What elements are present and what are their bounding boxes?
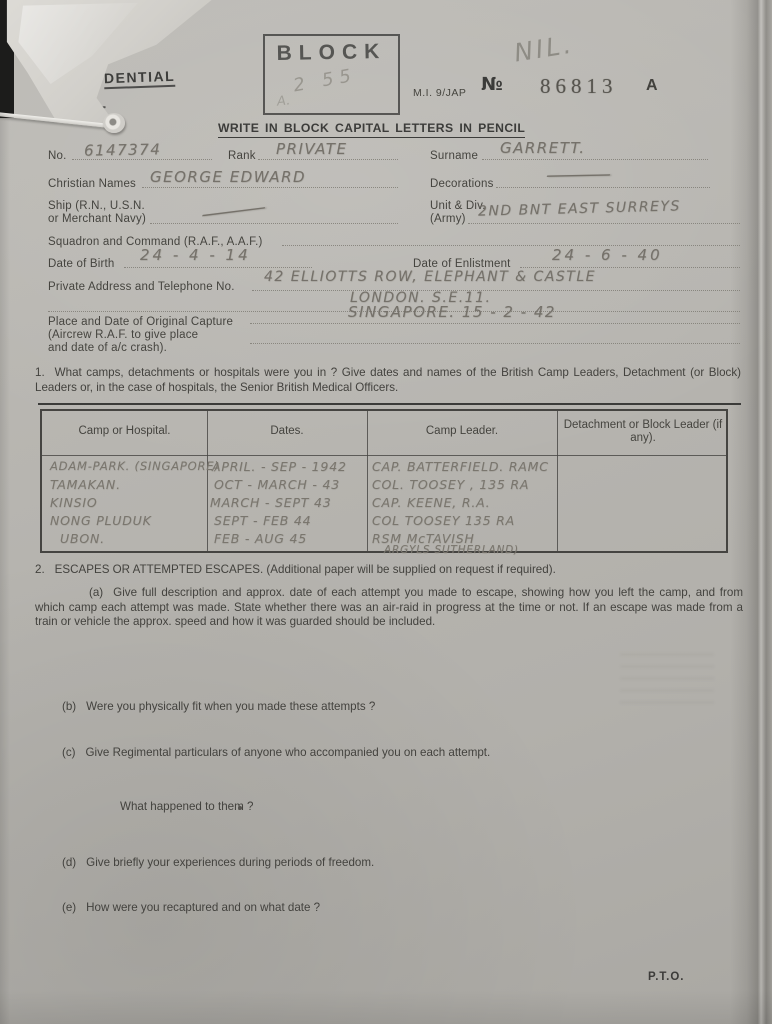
table-row-camp: KINSIO bbox=[50, 495, 98, 510]
rank-value: PRIVATE bbox=[276, 140, 347, 158]
table-row-dates: OCT - MARCH - 43 bbox=[214, 477, 340, 492]
decorations-label: Decorations bbox=[430, 178, 494, 190]
capture-value: SINGAPORE. 15 - 2 - 42 bbox=[348, 303, 556, 321]
question-2a-label: (a) bbox=[62, 586, 103, 601]
question-2b: (b)Were you physically fit when you made… bbox=[62, 700, 712, 715]
question-2e-label: (e) bbox=[62, 901, 76, 916]
number-sign: № bbox=[481, 74, 503, 95]
table-header-leader: Camp Leader. bbox=[367, 425, 557, 437]
ink-showthrough-stamp bbox=[620, 648, 714, 704]
unit-div-label-2: (Army) bbox=[430, 213, 466, 225]
question-2e-text: How were you recaptured and on what date… bbox=[86, 901, 320, 914]
capture-line-2 bbox=[250, 328, 740, 344]
section-2-heading: 2.ESCAPES OR ATTEMPTED ESCAPES. (Additio… bbox=[35, 563, 742, 578]
question-2d: (d)Give briefly your experiences during … bbox=[62, 856, 712, 871]
section-2-title: ESCAPES OR ATTEMPTED ESCAPES. (Additiona… bbox=[55, 563, 556, 576]
capture-label-2: (Aircrew R.A.F. to give place bbox=[48, 329, 198, 341]
question-2d-text: Give briefly your experiences during per… bbox=[86, 856, 374, 869]
surname-value: GARRETT. bbox=[500, 139, 586, 157]
page-turn-over: P.T.O. bbox=[648, 971, 684, 983]
christian-names-label: Christian Names bbox=[48, 178, 136, 190]
question-2c: (c)Give Regimental particulars of anyone… bbox=[62, 746, 712, 761]
paper-shadow bbox=[0, 990, 772, 1024]
question-2c-text: Give Regimental particulars of anyone wh… bbox=[86, 746, 491, 759]
pow-questionnaire-document: CO DENTIAL ON BLOCK 2 55 A. M.I. 9/JAP №… bbox=[0, 0, 772, 1024]
table-row-leader: CAP. KEENE, R.A. bbox=[372, 495, 490, 510]
block-stamp-box: BLOCK 2 55 A. bbox=[263, 34, 400, 115]
table-row-leader: COL. TOOSEY , 135 RA bbox=[372, 477, 529, 492]
squadron-line bbox=[282, 230, 740, 246]
service-number-value: 6147374 bbox=[84, 140, 162, 159]
question-1: 1.What camps, detachments or hospitals w… bbox=[35, 366, 741, 395]
service-number-label: No. bbox=[48, 150, 67, 162]
question-2a: (a)Give full description and approx. dat… bbox=[35, 586, 743, 630]
question-2c-label: (c) bbox=[62, 746, 76, 761]
page-fold-edge bbox=[730, 0, 772, 1024]
ship-value: — bbox=[224, 197, 248, 223]
question-2a-text: Give full description and approx. date o… bbox=[35, 586, 743, 628]
table-row-dates: SEPT - FEB 44 bbox=[214, 513, 311, 528]
question-2b-text: Were you physically fit when you made th… bbox=[86, 700, 375, 713]
table-row-camp: UBON. bbox=[60, 531, 105, 546]
surname-label: Surname bbox=[430, 150, 478, 162]
table-header-divider bbox=[42, 455, 726, 456]
date-of-enlistment-value: 24 - 6 - 40 bbox=[552, 246, 663, 264]
serial-number-stamp: 86813 bbox=[540, 74, 618, 99]
table-row-dates: MARCH - SEPT 43 bbox=[210, 495, 332, 510]
question-1-number: 1. bbox=[35, 366, 45, 381]
block-stamp: BLOCK bbox=[265, 40, 398, 66]
string-eyelet bbox=[103, 113, 125, 133]
date-of-birth-label: Date of Birth bbox=[48, 258, 115, 270]
pencil-dot-mark bbox=[238, 806, 242, 810]
capture-label: Place and Date of Original Capture bbox=[48, 316, 233, 328]
block-handwritten-note: 2 55 bbox=[292, 65, 359, 97]
question-1-text: What camps, detachments or hospitals wer… bbox=[35, 366, 741, 394]
table-header-dates: Dates. bbox=[207, 425, 367, 437]
ship-label-2: or Merchant Navy) bbox=[48, 213, 146, 225]
series-letter: A bbox=[646, 77, 658, 95]
table-row-leader-unit: ARGYLS SUTHERLAND) bbox=[384, 544, 519, 556]
table-header-detachment: Detachment or Block Leader (if any). bbox=[563, 419, 723, 445]
table-row-dates: FEB - AUG 45 bbox=[214, 531, 307, 546]
table-row-camp: ADAM-PARK. (SINGAPORE) bbox=[50, 459, 220, 473]
table-row-leader: COL TOOSEY 135 RA bbox=[372, 513, 515, 528]
christian-names-value: GEORGE EDWARD bbox=[150, 168, 306, 186]
table-header-camp: Camp or Hospital. bbox=[42, 425, 207, 437]
decorations-value: — bbox=[570, 162, 592, 186]
table-row-camp: NONG PLUDUK bbox=[50, 513, 152, 528]
table-row-camp: TAMAKAN. bbox=[50, 477, 121, 492]
table-column-divider bbox=[557, 411, 558, 551]
ship-label: Ship (R.N., U.S.N. bbox=[48, 200, 145, 212]
address-label: Private Address and Telephone No. bbox=[48, 281, 235, 293]
paper-shadow bbox=[0, 110, 10, 1024]
nil-handwritten-note: NIL. bbox=[512, 29, 576, 67]
date-of-birth-value: 24 - 4 - 14 bbox=[140, 246, 251, 264]
camps-table: Camp or Hospital. Dates. Camp Leader. De… bbox=[40, 409, 728, 553]
block-capitals-instruction: WRITE IN BLOCK CAPITAL LETTERS IN PENCIL bbox=[218, 121, 525, 138]
section-2-number: 2. bbox=[35, 563, 45, 578]
question-2c-followup: What happened to them ? bbox=[120, 800, 520, 815]
table-row-dates: APRIL. - SEP - 1942 bbox=[212, 459, 347, 474]
table-row-leader: CAP. BATTERFIELD. RAMC bbox=[372, 459, 549, 474]
block-handwritten-note-2: A. bbox=[276, 93, 291, 109]
form-reference: M.I. 9/JAP bbox=[413, 87, 466, 99]
question-2e: (e)How were you recaptured and on what d… bbox=[62, 901, 712, 916]
rank-label: Rank bbox=[228, 150, 256, 162]
capture-label-3: and date of a/c crash). bbox=[48, 342, 167, 354]
question-2b-label: (b) bbox=[62, 700, 76, 715]
question-2d-label: (d) bbox=[62, 856, 76, 871]
table-top-rule bbox=[38, 403, 741, 405]
confidential-stamp: DENTIAL bbox=[104, 68, 176, 89]
address-value-1: 42 ELLIOTTS ROW, ELEPHANT & CASTLE bbox=[264, 269, 596, 285]
